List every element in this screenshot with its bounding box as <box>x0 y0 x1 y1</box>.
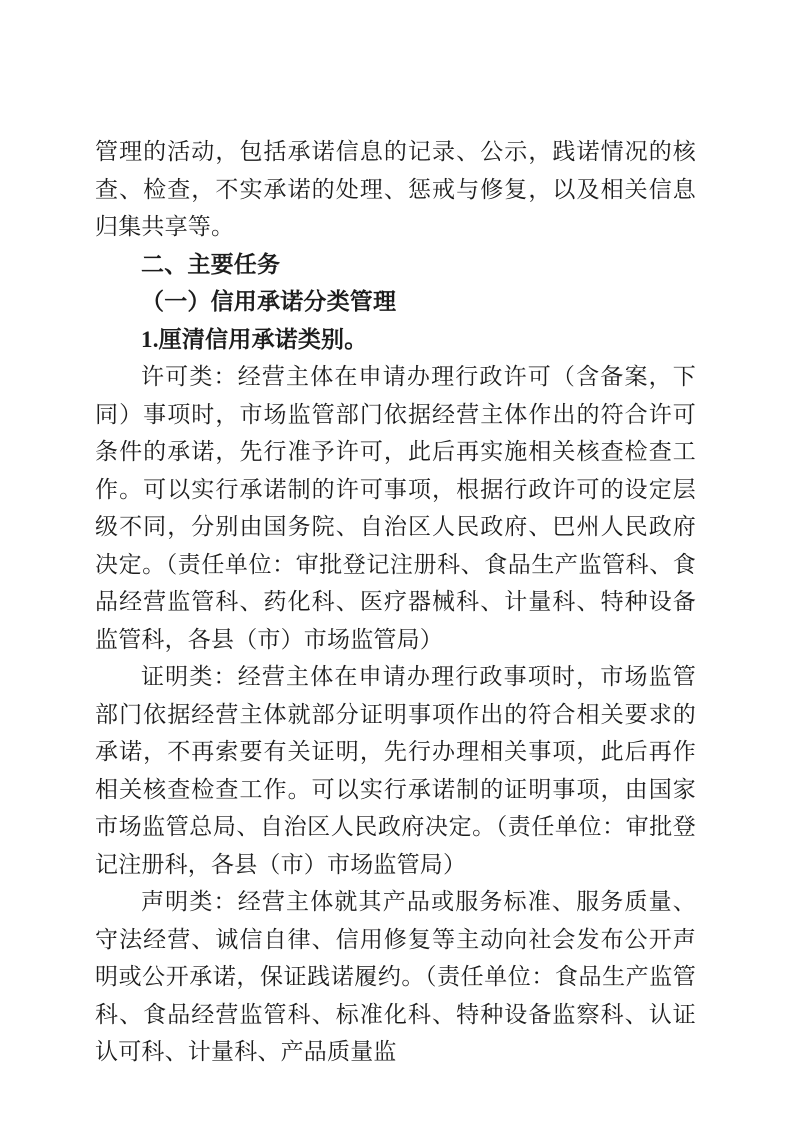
document-page: 管理的活动，包括承诺信息的记录、公示，践诺情况的核查、检查，不实承诺的处理、惩戒… <box>0 0 793 1122</box>
paragraph-declaration-category: 声明类：经营主体就其产品或服务标准、服务质量、守法经营、诚信自律、信用修复等主动… <box>95 883 696 1071</box>
paragraph-certificate-category: 证明类：经营主体在申请办理行政事项时，市场监管部门依据经营主体就部分证明事项作出… <box>95 658 696 883</box>
section-heading: 二、主要任务 <box>95 246 696 284</box>
paragraph-continuation: 管理的活动，包括承诺信息的记录、公示，践诺情况的核查、检查，不实承诺的处理、惩戒… <box>95 133 696 246</box>
item-heading: 1.厘清信用承诺类别。 <box>95 321 696 359</box>
subsection-heading: （一）信用承诺分类管理 <box>95 283 696 321</box>
paragraph-license-category: 许可类：经营主体在申请办理行政许可（含备案，下同）事项时，市场监管部门依据经营主… <box>95 358 696 658</box>
document-body: 管理的活动，包括承诺信息的记录、公示，践诺情况的核查、检查，不实承诺的处理、惩戒… <box>95 133 696 1071</box>
